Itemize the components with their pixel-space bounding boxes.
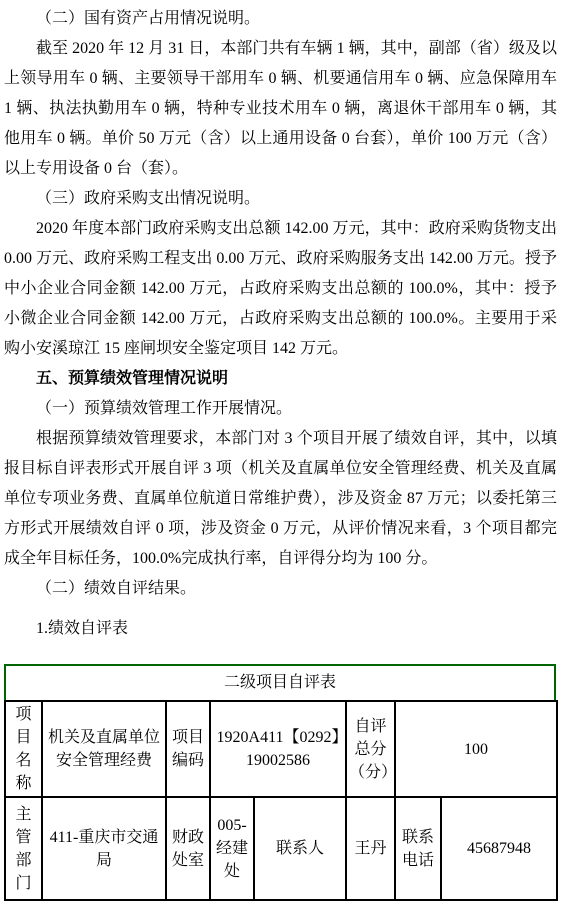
cell-dept-label: 主管部门 [5, 797, 42, 900]
cell-contact-label: 联系人 [254, 797, 346, 900]
para-procurement-heading: （三）政府采购支出情况说明。 [4, 184, 557, 214]
cell-project-name-label: 项目名称 [5, 701, 42, 797]
section-heading-performance: 五、预算绩效管理情况说明 [4, 364, 557, 394]
document-page: （二）国有资产占用情况说明。 截至 2020 年 12 月 31 日，本部门共有… [0, 0, 562, 901]
table-title: 二级项目自评表 [4, 664, 556, 700]
table-row: 项目名称 机关及直属单位安全管理经费 项目编码 1920A411【0292】19… [5, 701, 557, 797]
cell-contact-value: 王丹 [346, 797, 395, 900]
self-eval-table: 二级项目自评表 项目名称 机关及直属单位安全管理经费 项目编码 1920A411… [4, 664, 556, 901]
cell-self-score-value: 100 [395, 701, 557, 797]
cell-self-score-label: 自评总分（分） [346, 701, 395, 797]
para-state-assets-heading: （二）国有资产占用情况说明。 [4, 4, 557, 34]
table-grid: 项目名称 机关及直属单位安全管理经费 项目编码 1920A411【0292】19… [4, 700, 558, 901]
cell-finance-office-value: 005-经建处 [210, 797, 254, 900]
para-procurement-body: 2020 年度本部门政府采购支出总额 142.00 万元，其中：政府采购货物支出… [4, 214, 557, 364]
para-performance-work-heading: （一）预算绩效管理工作开展情况。 [4, 394, 557, 424]
table-row: 主管部门 411-重庆市交通局 财政处室 005-经建处 联系人 王丹 联系电话… [5, 797, 557, 900]
self-eval-table-label: 1.绩效自评表 [4, 614, 557, 644]
para-performance-work-body: 根据预算绩效管理要求，本部门对 3 个项目开展了绩效自评，其中，以填报目标自评表… [4, 424, 557, 574]
cell-project-code-label: 项目编码 [166, 701, 210, 797]
cell-dept-value: 411-重庆市交通局 [42, 797, 166, 900]
cell-phone-label: 联系电话 [395, 797, 441, 900]
para-state-assets-body: 截至 2020 年 12 月 31 日，本部门共有车辆 1 辆，其中，副部（省）… [4, 34, 557, 184]
cell-finance-office-label: 财政处室 [166, 797, 210, 900]
para-self-eval-result-heading: （二）绩效自评结果。 [4, 574, 557, 604]
cell-project-code-value: 1920A411【0292】19002586 [210, 701, 346, 797]
cell-phone-value: 45687948 [441, 797, 557, 900]
cell-project-name-value: 机关及直属单位安全管理经费 [42, 701, 166, 797]
